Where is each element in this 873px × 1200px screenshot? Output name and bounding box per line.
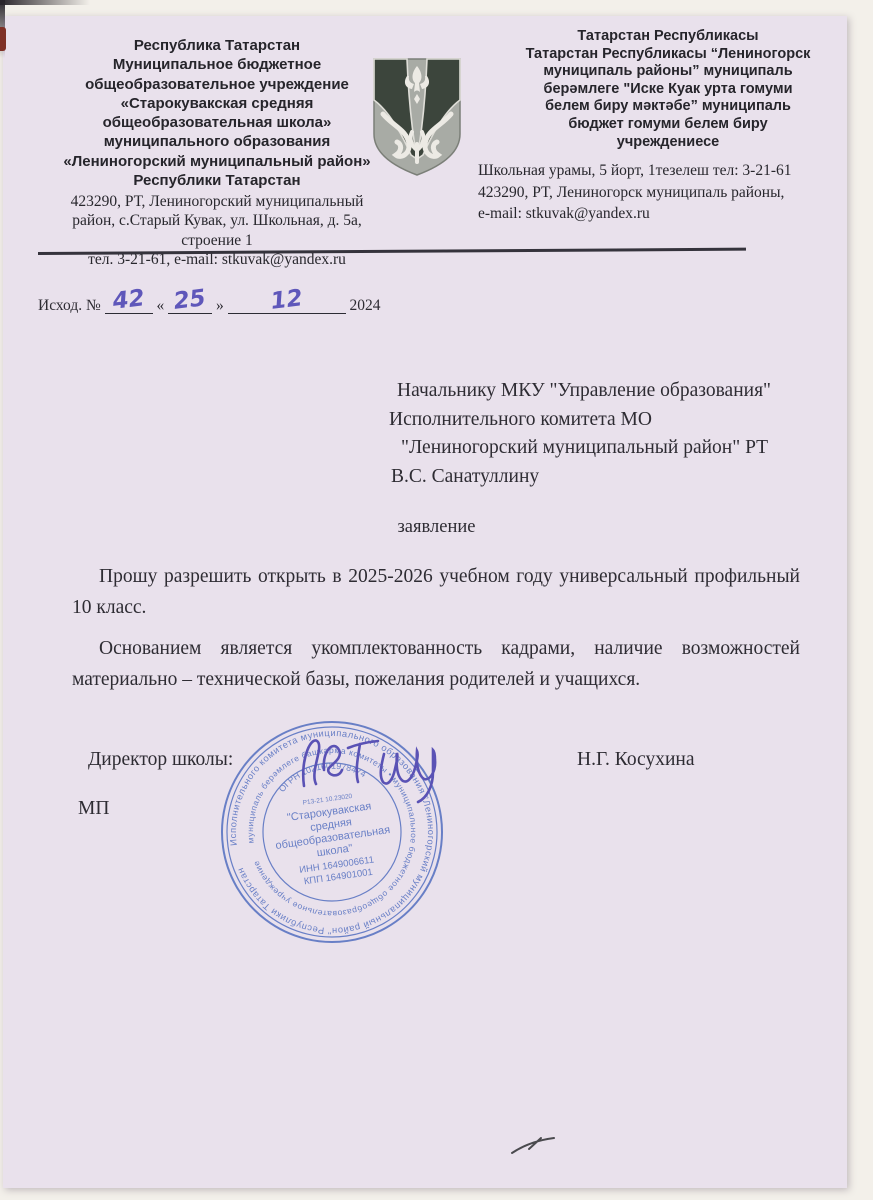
scan-edge-red-mark [0,27,6,51]
letterhead-line: Республики Татарстан [52,171,382,190]
letterhead-line: Муниципальное бюджетное [52,55,382,74]
letterhead-line: бюджет гомуми белем биру [468,116,868,134]
body-paragraph: Прошу разрешить открыть в 2025-2026 учеб… [72,561,800,623]
seal-place-label: МП [78,798,109,820]
letterhead-line: берәмлеге "Иске Куак урта гомуми [468,81,868,99]
outgoing-number-blank: 42 [105,297,153,314]
addressee-block: Начальнику МКУ "Управление образования" … [389,377,829,491]
outgoing-number-label: Исход. № [38,297,101,314]
letterhead-line: «Лениногорский муниципальный район» [52,152,382,171]
address-line: 423290, РТ, Лениногорский муниципальный [42,192,392,211]
scanned-letter-page: { "colors": { "paper": "#e9e1ec", "scan_… [0,0,873,1200]
director-name: Н.Г. Косухина [577,749,694,771]
handwritten-day: 25 [173,293,206,307]
letterhead-line: учреждениесе [468,134,868,152]
month-blank: 12 [228,297,346,314]
scan-edge-shadow-top [0,0,90,5]
open-quote: « [157,297,165,314]
letterhead-tatar-address: Школьная урамы, 5 йорт, 1тезелеш тел: 3-… [478,160,868,225]
letterhead-line: «Старокувакская средняя [52,94,382,113]
letterhead-line: общеобразовательное учреждение [52,75,382,94]
handwritten-outgoing-number: 42 [112,293,145,307]
body-paragraph: Основанием является укомплектованность к… [72,633,800,695]
address-line: строение 1 [42,231,392,250]
outgoing-number-line: Исход. № 42 « 25 » 12 2024 [38,297,381,315]
letterhead-tatar: Татарстан Республикасы Татарстан Республ… [468,28,868,151]
document-title: заявление [0,517,873,538]
address-line: Школьная урамы, 5 йорт, 1тезелеш тел: 3-… [478,160,868,182]
letterhead-line: Татарстан Республикасы [468,28,868,46]
year-label: 2024 [350,297,381,314]
director-signature [296,724,456,819]
address-line: район, с.Старый Кувак, ул. Школьная, д. … [42,211,392,230]
addressee-line: Исполнительного комитета МО [389,406,829,435]
letterhead-line: Татарстан Республикасы “Лениногорск [468,46,868,64]
pen-mark-icon [510,1134,558,1158]
address-line: 423290, РТ, Лениногорск муниципаль район… [478,182,868,204]
handwritten-month: 12 [270,293,303,307]
close-quote: » [216,297,224,314]
letterhead-line: белем биру мәктәбе” муниципаль [468,98,868,116]
letterhead-russian-address: 423290, РТ, Лениногорский муниципальный … [42,192,392,269]
director-label: Директор школы: [88,749,233,771]
day-blank: 25 [168,297,212,314]
coat-of-arms-shield [371,56,463,178]
address-line: e-mail: stkuvak@yandex.ru [478,203,868,225]
addressee-line: Начальнику МКУ "Управление образования" [389,377,829,406]
letterhead-line: Республика Татарстан [52,36,382,55]
stray-pen-mark [510,1134,558,1163]
letterhead-line: муниципального образования [52,132,382,151]
coat-of-arms-icon [371,56,463,183]
signature-scribble-icon [296,724,456,814]
addressee-line: В.С. Санатуллину [389,463,829,492]
letterhead-line: общеобразовательная школа» [52,113,382,132]
addressee-line: "Лениногорский муниципальный район" РТ [389,434,829,463]
letterhead-russian: Республика Татарстан Муниципальное бюдже… [52,36,382,190]
letterhead-line: муниципаль районы” муниципаль [468,63,868,81]
